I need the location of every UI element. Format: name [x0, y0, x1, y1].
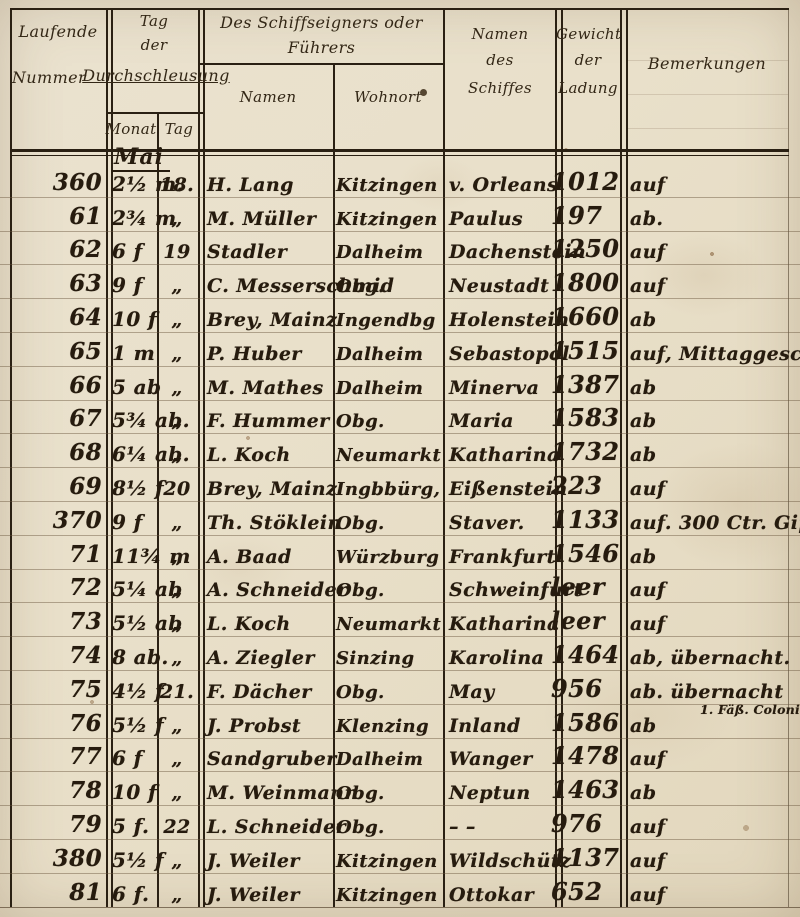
row-remark: ab [630, 782, 656, 804]
row-ship-name: Karolina [449, 647, 544, 669]
row-ship-name: v. Orleans [449, 174, 558, 196]
row-remark: ab. [630, 208, 663, 230]
paper-ruling [0, 264, 800, 265]
row-remark: ab [630, 377, 656, 399]
ledger-row: 69 8½ f 20 Brey, Mainz Ingbbürg, Eißenst… [0, 467, 800, 501]
row-residence: Dalheim [336, 378, 423, 399]
row-day: 18. [155, 174, 199, 196]
row-ship-name: Staver. [449, 512, 525, 534]
ledger-row: 370 9 f „ Th. Stöklein Obg. Staver. 1133… [0, 501, 800, 535]
row-cargo-weight: 1464 [551, 640, 619, 669]
row-ship-name: May [449, 681, 495, 703]
row-number: 360 [14, 169, 102, 196]
paper-ruling [0, 602, 800, 603]
paper-ruling [0, 366, 800, 367]
row-owner-name: Brey, Mainz [207, 478, 337, 500]
row-remark: ab [630, 444, 656, 466]
row-owner-name: H. Lang [207, 174, 294, 196]
ledger-row: 77 6 f „ Sandgruber Dalheim Wanger 1478 … [0, 738, 800, 772]
row-residence: Neumarkt [336, 445, 441, 466]
row-number: 68 [14, 439, 102, 466]
paper-ruling [0, 231, 800, 232]
monat-tag-subheader-rule [106, 112, 204, 114]
row-cargo-weight: 1515 [551, 336, 619, 365]
row-owner-name: Brey, Mainz [207, 309, 337, 331]
ledger-row: 66 5 ab „ M. Mathes Dalheim Minerva 1387… [0, 366, 800, 400]
row-day: „ [155, 748, 199, 770]
row-day: „ [155, 884, 199, 906]
row-remark: auf [630, 478, 666, 500]
row-remark: auf [630, 613, 666, 635]
row-residence: Dalheim [336, 242, 423, 263]
row-number: 71 [14, 541, 102, 568]
ledger-row: 73 5½ ab „ L. Koch Neumarkt Katharina le… [0, 602, 800, 636]
row-cargo-weight: 197 [551, 201, 602, 230]
row-owner-name: M. Mathes [207, 377, 324, 399]
row-residence: Obg. [336, 580, 385, 601]
row-ship-name: Maria [449, 410, 514, 432]
row-day: 19 [155, 241, 199, 263]
row-day: „ [155, 850, 199, 872]
row-number: 69 [14, 473, 102, 500]
row-cargo-weight: 1732 [551, 437, 619, 466]
header-durchschleusung: Durchschleusung [60, 66, 252, 85]
row-time: 1 m [112, 341, 155, 365]
header-gewicht-line3: Ladung [556, 79, 620, 97]
row-time: 5 f. [112, 814, 149, 838]
row-owner-name: L. Koch [207, 613, 291, 635]
row-owner-name: M. Müller [207, 208, 316, 230]
row-owner-name: L. Schneider [207, 816, 346, 838]
ledger-row: 81 6 f. „ J. Weiler Kitzingen Ottokar 65… [0, 873, 800, 907]
paper-ruling-faint-2 [628, 94, 788, 95]
row-owner-name: Sandgruber [207, 748, 337, 770]
paper-ruling [0, 636, 800, 637]
header-schiff-line3: Schiffes [445, 79, 555, 97]
ledger-row: 74 8 ab. „ A. Ziegler Sinzing Karolina 1… [0, 636, 800, 670]
row-ship-name: Minerva [449, 377, 539, 399]
row-residence: Dalheim [336, 344, 423, 365]
row-number: 76 [14, 710, 102, 737]
row-day: „ [155, 275, 199, 297]
row-day: 20 [155, 478, 199, 500]
ledger-page: Laufende Nummer Tag der Durchschleusung … [0, 0, 800, 917]
row-residence: Ingendbg [336, 310, 436, 331]
header-schiff-line2: des [445, 51, 555, 69]
row-cargo-weight: 1463 [551, 775, 619, 804]
row-cargo-weight: 1478 [551, 741, 619, 770]
header-monat: Monat [104, 120, 158, 138]
row-residence: Neumarkt [336, 614, 441, 635]
eigner-subheader-rule [198, 63, 444, 65]
row-number: 67 [14, 405, 102, 432]
row-cargo-weight: 956 [551, 674, 602, 703]
row-residence: Kitzingen [336, 851, 438, 872]
row-residence: Klenzing [336, 716, 429, 737]
ledger-row: 76 5½ f „ J. Probst Klenzing Inland 1586… [0, 704, 800, 738]
row-number: 62 [14, 236, 102, 263]
row-time: 10 f [112, 780, 157, 804]
row-remark: ab [630, 546, 656, 568]
row-time: 9 f [112, 510, 143, 534]
row-ship-name: Katharina [449, 613, 560, 635]
row-residence: Würzburg [336, 547, 439, 568]
row-remark: ab [630, 715, 656, 737]
row-ship-name: Inland [449, 715, 521, 737]
header-schiffseigner-line2: Führers [200, 38, 443, 57]
paper-ruling [0, 535, 800, 536]
paper-ruling [0, 197, 800, 198]
ledger-row: 71 11¾ m „ A. Baad Würzburg Frankfurt 15… [0, 535, 800, 569]
row-residence: Obg. [336, 411, 385, 432]
row-cargo-weight: 1583 [551, 403, 619, 432]
row-residence: Obg. [336, 276, 385, 297]
row-residence: Kitzingen [336, 175, 438, 196]
row-cargo-weight: leer [551, 572, 605, 601]
row-owner-name: A. Schneider [207, 579, 347, 601]
row-remark: auf. 300 Ctr. Gips [630, 512, 800, 534]
paper-ruling [0, 907, 800, 909]
row-remark: auf [630, 174, 666, 196]
row-cargo-weight: 1546 [551, 539, 619, 568]
row-number: 380 [14, 845, 102, 872]
ledger-row: 65 1 m „ P. Huber Dalheim Sebastopol 151… [0, 332, 800, 366]
row-cargo-weight: leer [551, 606, 605, 635]
header-schiff-line1: Namen [445, 25, 555, 43]
header-gewicht-line2: der [556, 51, 620, 69]
row-residence: Obg. [336, 513, 385, 534]
row-number: 77 [14, 743, 102, 770]
row-time: 9 f [112, 273, 143, 297]
row-day: „ [155, 343, 199, 365]
paper-ruling [0, 332, 800, 333]
row-remark: auf, Mittaggeschl. [630, 343, 800, 365]
row-day: „ [155, 579, 199, 601]
row-day: 21. [155, 681, 199, 703]
row-number: 81 [14, 879, 102, 906]
row-remark: auf [630, 884, 666, 906]
header-tag-line2: der [106, 36, 202, 54]
row-owner-name: J. Weiler [207, 850, 300, 872]
paper-ruling [0, 670, 800, 671]
row-number: 73 [14, 608, 102, 635]
row-day: „ [155, 512, 199, 534]
row-residence: Dalheim [336, 749, 423, 770]
row-number: 66 [14, 372, 102, 399]
ledger-row: 67 5¾ ab. „ F. Hummer Obg. Maria 1583 ab [0, 400, 800, 434]
row-time: 6 f [112, 746, 143, 770]
row-owner-name: F. Hummer [207, 410, 329, 432]
paper-ruling-faint-3 [628, 128, 788, 129]
row-day: „ [155, 546, 199, 568]
ledger-row: 72 5¼ ab „ A. Schneider Obg. Schweinfurt… [0, 569, 800, 603]
row-number: 64 [14, 304, 102, 331]
row-residence: Ingbbürg, [336, 479, 440, 500]
row-day: „ [155, 309, 199, 331]
row-day: „ [155, 377, 199, 399]
row-owner-name: F. Dächer [207, 681, 312, 703]
row-day: „ [155, 613, 199, 635]
header-gewicht-line1: Gewicht [556, 25, 620, 43]
row-owner-name: L. Koch [207, 444, 291, 466]
row-owner-name: A. Baad [207, 546, 292, 568]
row-ship-name: Neustadt [449, 275, 549, 297]
paper-ruling [0, 467, 800, 468]
row-number: 61 [14, 203, 102, 230]
row-remark: ab. übernacht [630, 681, 784, 703]
row-cargo-weight: 1133 [551, 505, 619, 534]
row-cargo-weight: 1012 [551, 167, 619, 196]
row-cargo-weight: 1800 [551, 268, 619, 297]
row-ship-name: Ottokar [449, 884, 534, 906]
header-wohnort: Wohnort [333, 88, 443, 106]
header-schiffseigner-line1: Des Schiffseigners oder [200, 13, 443, 32]
row-cargo-weight: 1137 [551, 843, 619, 872]
row-day: „ [155, 444, 199, 466]
row-number: 79 [14, 811, 102, 838]
row-day: 22 [155, 816, 199, 838]
row-number: 65 [14, 338, 102, 365]
paper-ruling [0, 873, 800, 874]
paper-ruling [0, 805, 800, 806]
paper-ruling [0, 433, 800, 434]
row-number: 370 [14, 507, 102, 534]
row-number: 63 [14, 270, 102, 297]
row-cargo-weight: 1387 [551, 370, 619, 399]
row-owner-name: J. Probst [207, 715, 301, 737]
ledger-row: 64 10 f „ Brey, Mainz Ingendbg Holenstei… [0, 298, 800, 332]
header-tag-sub: Tag [157, 120, 201, 138]
row-owner-name: A. Ziegler [207, 647, 315, 669]
row-remark: auf [630, 275, 666, 297]
ledger-row: 68 6¼ ab. „ L. Koch Neumarkt Katharina 1… [0, 433, 800, 467]
row-remark: ab [630, 309, 656, 331]
row-day: „ [155, 647, 199, 669]
ledger-row: 61 2¾ m „ M. Müller Kitzingen Paulus 197… [0, 197, 800, 231]
row-ship-name: – – [449, 816, 476, 838]
row-day: „ [155, 410, 199, 432]
row-time: 10 f [112, 307, 157, 331]
row-ship-name: Wanger [449, 748, 533, 770]
row-ship-name: Frankfurt [449, 546, 556, 568]
paper-ruling [0, 400, 800, 401]
row-ship-name: Katharina [449, 444, 560, 466]
row-residence: Obg. [336, 783, 385, 804]
row-remark: auf [630, 748, 666, 770]
row-remark: ab, übernacht. [630, 647, 791, 669]
row-number: 75 [14, 676, 102, 703]
ledger-row: 78 10 f „ M. Weinmann Obg. Neptun 1463 a… [0, 771, 800, 805]
row-ship-name: Paulus [449, 208, 523, 230]
header-namen: Namen [203, 88, 333, 106]
paper-ruling [0, 771, 800, 772]
row-number: 72 [14, 574, 102, 601]
row-owner-name: P. Huber [207, 343, 302, 365]
ledger-row: 63 9 f „ C. Messerschmid Obg. Neustadt 1… [0, 264, 800, 298]
row-remark: auf [630, 241, 666, 263]
month-label: Mai [112, 144, 170, 172]
ledger-row: 75 4½ f 21. F. Dächer Obg. May 956 ab. ü… [0, 670, 800, 704]
ledger-row: 79 5 f. 22 L. Schneider Obg. – – 976 auf [0, 805, 800, 839]
row-owner-name: J. Weiler [207, 884, 300, 906]
row-residence: Kitzingen [336, 885, 438, 906]
paper-ruling [0, 298, 800, 299]
top-border-rule [10, 8, 789, 10]
ledger-row: 62 6 f 19 Stadler Dalheim Dachenstein 12… [0, 231, 800, 265]
row-cargo-weight: 652 [551, 877, 602, 906]
paper-ruling [0, 704, 800, 705]
row-time: 6 f. [112, 882, 149, 906]
row-cargo-weight: 1250 [551, 234, 619, 263]
row-number: 78 [14, 777, 102, 804]
row-time: 6 f [112, 239, 143, 263]
row-day: „ [155, 208, 199, 230]
row-residence: Sinzing [336, 648, 414, 669]
row-remark: auf [630, 816, 666, 838]
row-day: „ [155, 782, 199, 804]
row-residence: Kitzingen [336, 209, 438, 230]
header-bemerkungen: Bemerkungen [626, 54, 788, 73]
row-cargo-weight: 223 [551, 471, 602, 500]
row-remark: ab [630, 410, 656, 432]
row-cargo-weight: 976 [551, 809, 602, 838]
paper-ruling [0, 501, 800, 502]
row-ship-name: Neptun [449, 782, 531, 804]
paper-ruling [0, 569, 800, 570]
paper-ruling [0, 738, 800, 739]
ledger-row: 380 5½ f „ J. Weiler Kitzingen Wildschüt… [0, 839, 800, 873]
row-residence: Obg. [336, 682, 385, 703]
row-remark: auf [630, 850, 666, 872]
row-ship-name: Eißenstein [449, 478, 568, 500]
row-day: „ [155, 715, 199, 737]
row-number: 74 [14, 642, 102, 669]
row-owner-name: Th. Stöklein [207, 512, 342, 534]
row-cargo-weight: 1660 [551, 302, 619, 331]
row-owner-name: Stadler [207, 241, 287, 263]
paper-ruling [0, 839, 800, 840]
row-cargo-weight: 1586 [551, 708, 619, 737]
header-tag-line1: Tag [106, 12, 202, 30]
row-residence: Obg. [336, 817, 385, 838]
header-laufende: Laufende [12, 22, 104, 41]
row-remark: auf [630, 579, 666, 601]
